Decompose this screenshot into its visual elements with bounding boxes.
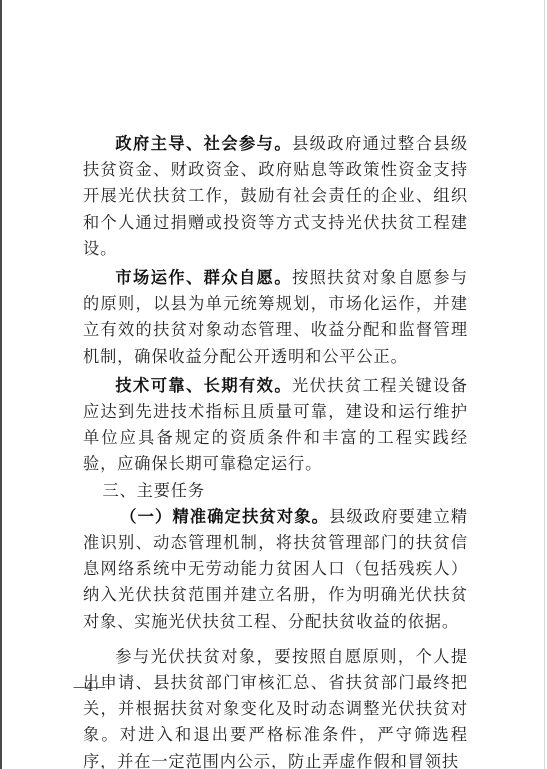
paragraph-lead: 政府主导、社会参与。 xyxy=(115,134,292,153)
scan-edge-left xyxy=(0,0,2,769)
subsection-lead: （一）精准确定扶贫对象。 xyxy=(120,507,329,526)
subsection-identify-targets: （一）精准确定扶贫对象。县级政府要建立精准识别、动态管理机制，将扶贫管理部门的扶… xyxy=(83,504,468,635)
paragraph-technology-reliable: 技术可靠、长期有效。光伏扶贫工程关键设备应达到先进技术指标且质量可靠，建设和运行… xyxy=(83,373,468,478)
paragraph-government-led: 政府主导、社会参与。县级政府通过整合县级扶贫资金、财政资金、政府贴息等政策性资金… xyxy=(83,131,468,262)
paragraph-market-operation: 市场运作、群众自愿。按照扶贫对象自愿参与的原则，以县为单元统筹规划，市场化运作，… xyxy=(83,265,468,370)
page-number: —4— xyxy=(73,680,106,694)
paragraph-participation: 参与光伏扶贫对象，要按照自愿原则，个人提出申请、县扶贫部门审核汇总、省扶贫部门最… xyxy=(83,644,468,769)
scan-edge-right xyxy=(544,0,545,769)
section-heading-main-tasks: 三、主要任务 xyxy=(83,478,468,504)
paragraph-lead: 技术可靠、长期有效。 xyxy=(115,376,292,395)
paragraph-lead: 市场运作、群众自愿。 xyxy=(115,268,292,287)
document-page: 政府主导、社会参与。县级政府通过整合县级扶贫资金、财政资金、政府贴息等政策性资金… xyxy=(83,131,468,769)
